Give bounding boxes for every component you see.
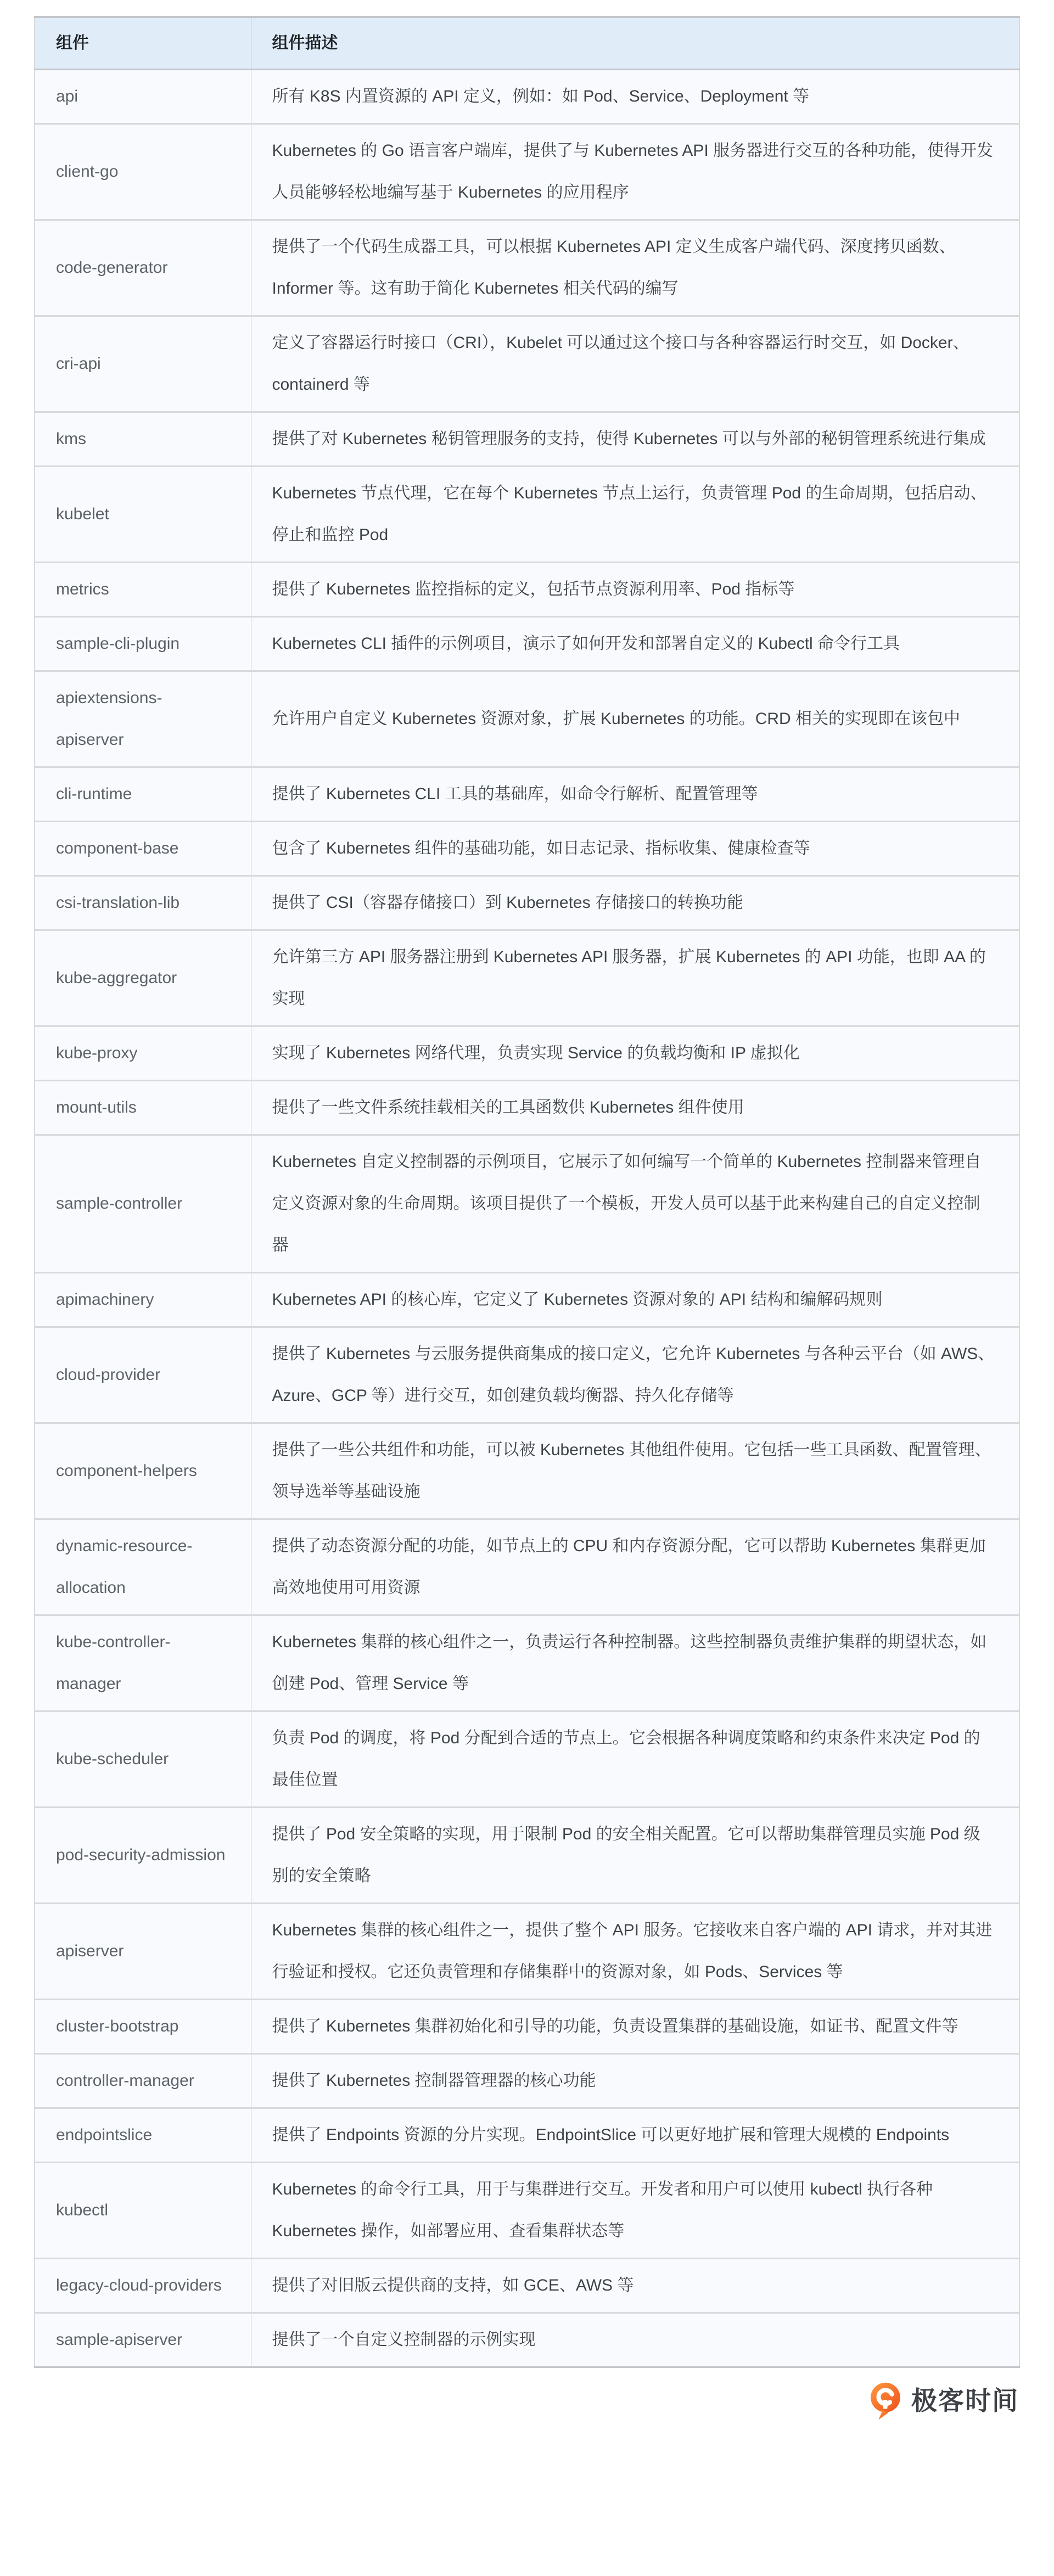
description-cell: Kubernetes 节点代理，它在每个 Kubernetes 节点上运行，负责… (251, 467, 1019, 563)
table-row: csi-translation-lib 提供了 CSI（容器存储接口）到 Kub… (35, 876, 1019, 930)
header-row: 组件 组件描述 (35, 17, 1019, 70)
description-cell: 提供了 Kubernetes 监控指标的定义，包括节点资源利用率、Pod 指标等 (251, 563, 1019, 617)
description-cell: 提供了一些公共组件和功能，可以被 Kubernetes 其他组件使用。它包括一些… (251, 1423, 1019, 1519)
brand-watermark: 极客时间 (868, 2382, 1019, 2420)
table-row: pod-security-admission 提供了 Pod 安全策略的实现，用… (35, 1808, 1019, 1904)
component-cell: cri-api (35, 316, 251, 412)
component-cell: pod-security-admission (35, 1808, 251, 1904)
component-cell: kube-controller-manager (35, 1615, 251, 1711)
table-row: metrics 提供了 Kubernetes 监控指标的定义，包括节点资源利用率… (35, 563, 1019, 617)
description-cell: Kubernetes API 的核心库，它定义了 Kubernetes 资源对象… (251, 1273, 1019, 1327)
table-row: kms 提供了对 Kubernetes 秘钥管理服务的支持，使得 Kuberne… (35, 412, 1019, 467)
component-cell: csi-translation-lib (35, 876, 251, 930)
description-cell: Kubernetes 集群的核心组件之一，负责运行各种控制器。这些控制器负责维护… (251, 1615, 1019, 1711)
description-cell: Kubernetes 集群的核心组件之一，提供了整个 API 服务。它接收来自客… (251, 1904, 1019, 2000)
component-cell: component-helpers (35, 1423, 251, 1519)
description-cell: 允许用户自定义 Kubernetes 资源对象，扩展 Kubernetes 的功… (251, 671, 1019, 767)
table-row: sample-cli-plugin Kubernetes CLI 插件的示例项目… (35, 617, 1019, 671)
component-cell: client-go (35, 124, 251, 220)
description-cell: 允许第三方 API 服务器注册到 Kubernetes API 服务器，扩展 K… (251, 930, 1019, 1026)
table-row: apiserver Kubernetes 集群的核心组件之一，提供了整个 API… (35, 1904, 1019, 2000)
component-cell: kube-aggregator (35, 930, 251, 1026)
footer: 极客时间 (34, 2378, 1021, 2424)
description-cell: Kubernetes 的命令行工具，用于与集群进行交互。开发者和用户可以使用 k… (251, 2163, 1019, 2259)
description-cell: 提供了 Kubernetes 与云服务提供商集成的接口定义，它允许 Kubern… (251, 1327, 1019, 1423)
table-row: kube-controller-manager Kubernetes 集群的核心… (35, 1615, 1019, 1711)
table-row: kube-proxy 实现了 Kubernetes 网络代理，负责实现 Serv… (35, 1026, 1019, 1081)
table-row: cri-api 定义了容器运行时接口（CRI），Kubelet 可以通过这个接口… (35, 316, 1019, 412)
component-cell: cli-runtime (35, 767, 251, 822)
table-row: dynamic-resource-allocation 提供了动态资源分配的功能… (35, 1519, 1019, 1615)
description-cell: 提供了一个自定义控制器的示例实现 (251, 2313, 1019, 2367)
component-cell: code-generator (35, 220, 251, 316)
component-cell: kubectl (35, 2163, 251, 2259)
table-body: api 所有 K8S 内置资源的 API 定义，例如：如 Pod、Service… (35, 70, 1019, 2367)
description-cell: 包含了 Kubernetes 组件的基础功能，如日志记录、指标收集、健康检查等 (251, 822, 1019, 876)
table-row: legacy-cloud-providers 提供了对旧版云提供商的支持，如 G… (35, 2259, 1019, 2313)
component-cell: sample-controller (35, 1135, 251, 1273)
description-cell: Kubernetes 的 Go 语言客户端库，提供了与 Kubernetes A… (251, 124, 1019, 220)
table-row: mount-utils 提供了一些文件系统挂载相关的工具函数供 Kubernet… (35, 1081, 1019, 1135)
component-cell: metrics (35, 563, 251, 617)
table-row: apimachinery Kubernetes API 的核心库，它定义了 Ku… (35, 1273, 1019, 1327)
description-cell: 提供了对旧版云提供商的支持，如 GCE、AWS 等 (251, 2259, 1019, 2313)
table-header: 组件 组件描述 (35, 17, 1019, 70)
component-cell: api (35, 70, 251, 124)
table-row: component-helpers 提供了一些公共组件和功能，可以被 Kuber… (35, 1423, 1019, 1519)
component-cell: dynamic-resource-allocation (35, 1519, 251, 1615)
component-cell: mount-utils (35, 1081, 251, 1135)
component-cell: kubelet (35, 467, 251, 563)
description-cell: 提供了 Kubernetes 集群初始化和引导的功能，负责设置集群的基础设施，如… (251, 2000, 1019, 2054)
description-cell: 提供了动态资源分配的功能，如节点上的 CPU 和内存资源分配，它可以帮助 Kub… (251, 1519, 1019, 1615)
table-row: apiextensions-apiserver 允许用户自定义 Kubernet… (35, 671, 1019, 767)
geektime-logo-icon (868, 2382, 902, 2420)
brand-name: 极客时间 (911, 2382, 1019, 2420)
component-cell: kube-proxy (35, 1026, 251, 1081)
component-cell: kms (35, 412, 251, 467)
description-cell: 负责 Pod 的调度，将 Pod 分配到合适的节点上。它会根据各种调度策略和约束… (251, 1711, 1019, 1808)
table-row: cluster-bootstrap 提供了 Kubernetes 集群初始化和引… (35, 2000, 1019, 2054)
component-cell: legacy-cloud-providers (35, 2259, 251, 2313)
page: 组件 组件描述 api 所有 K8S 内置资源的 API 定义，例如：如 Pod… (0, 0, 1054, 2440)
component-cell: apiextensions-apiserver (35, 671, 251, 767)
component-cell: kube-scheduler (35, 1711, 251, 1808)
table-row: code-generator 提供了一个代码生成器工具，可以根据 Kuberne… (35, 220, 1019, 316)
component-cell: sample-cli-plugin (35, 617, 251, 671)
description-cell: 所有 K8S 内置资源的 API 定义，例如：如 Pod、Service、Dep… (251, 70, 1019, 124)
component-cell: endpointslice (35, 2108, 251, 2163)
table-row: sample-apiserver 提供了一个自定义控制器的示例实现 (35, 2313, 1019, 2367)
table-row: endpointslice 提供了 Endpoints 资源的分片实现。Endp… (35, 2108, 1019, 2163)
description-cell: 提供了 CSI（容器存储接口）到 Kubernetes 存储接口的转换功能 (251, 876, 1019, 930)
table-row: kube-aggregator 允许第三方 API 服务器注册到 Kuberne… (35, 930, 1019, 1026)
description-cell: 提供了对 Kubernetes 秘钥管理服务的支持，使得 Kubernetes … (251, 412, 1019, 467)
description-cell: 提供了 Kubernetes CLI 工具的基础库，如命令行解析、配置管理等 (251, 767, 1019, 822)
table-row: controller-manager 提供了 Kubernetes 控制器管理器… (35, 2054, 1019, 2108)
description-cell: 提供了 Kubernetes 控制器管理器的核心功能 (251, 2054, 1019, 2108)
description-cell: 提供了 Endpoints 资源的分片实现。EndpointSlice 可以更好… (251, 2108, 1019, 2163)
description-cell: Kubernetes CLI 插件的示例项目，演示了如何开发和部署自定义的 Ku… (251, 617, 1019, 671)
table-row: kube-scheduler 负责 Pod 的调度，将 Pod 分配到合适的节点… (35, 1711, 1019, 1808)
description-cell: 提供了 Pod 安全策略的实现，用于限制 Pod 的安全相关配置。它可以帮助集群… (251, 1808, 1019, 1904)
components-table: 组件 组件描述 api 所有 K8S 内置资源的 API 定义，例如：如 Pod… (34, 16, 1020, 2368)
description-cell: 提供了一个代码生成器工具，可以根据 Kubernetes API 定义生成客户端… (251, 220, 1019, 316)
description-cell: 实现了 Kubernetes 网络代理，负责实现 Service 的负载均衡和 … (251, 1026, 1019, 1081)
component-cell: component-base (35, 822, 251, 876)
component-cell: apiserver (35, 1904, 251, 2000)
table-row: client-go Kubernetes 的 Go 语言客户端库，提供了与 Ku… (35, 124, 1019, 220)
component-cell: cluster-bootstrap (35, 2000, 251, 2054)
component-cell: cloud-provider (35, 1327, 251, 1423)
table-row: kubelet Kubernetes 节点代理，它在每个 Kubernetes … (35, 467, 1019, 563)
table-row: component-base 包含了 Kubernetes 组件的基础功能，如日… (35, 822, 1019, 876)
description-cell: 提供了一些文件系统挂载相关的工具函数供 Kubernetes 组件使用 (251, 1081, 1019, 1135)
table-row: api 所有 K8S 内置资源的 API 定义，例如：如 Pod、Service… (35, 70, 1019, 124)
table-row: sample-controller Kubernetes 自定义控制器的示例项目… (35, 1135, 1019, 1273)
table-row: cloud-provider 提供了 Kubernetes 与云服务提供商集成的… (35, 1327, 1019, 1423)
component-cell: apimachinery (35, 1273, 251, 1327)
description-cell: Kubernetes 自定义控制器的示例项目，它展示了如何编写一个简单的 Kub… (251, 1135, 1019, 1273)
description-cell: 定义了容器运行时接口（CRI），Kubelet 可以通过这个接口与各种容器运行时… (251, 316, 1019, 412)
table-row: kubectl Kubernetes 的命令行工具，用于与集群进行交互。开发者和… (35, 2163, 1019, 2259)
component-cell: controller-manager (35, 2054, 251, 2108)
column-header-description: 组件描述 (251, 17, 1019, 70)
component-cell: sample-apiserver (35, 2313, 251, 2367)
column-header-component: 组件 (35, 17, 251, 70)
table-row: cli-runtime 提供了 Kubernetes CLI 工具的基础库，如命… (35, 767, 1019, 822)
